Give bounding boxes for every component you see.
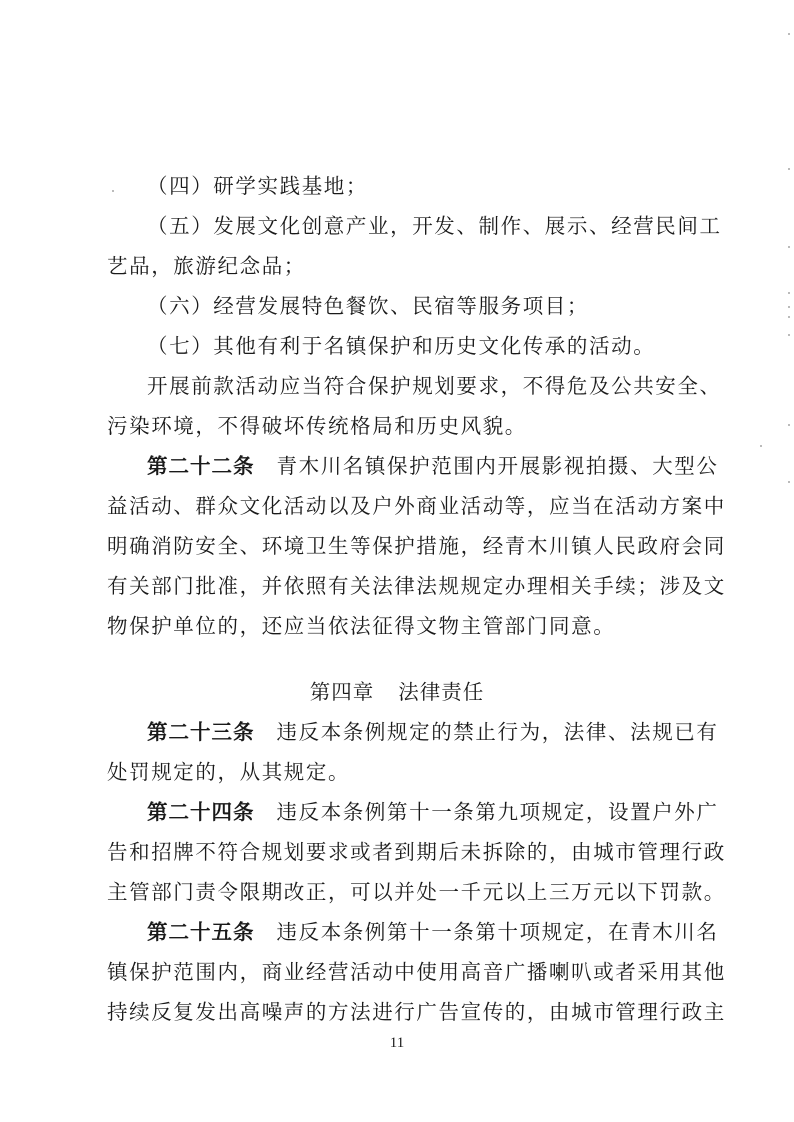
scan-speck — [788, 316, 790, 318]
document-page: （四）研学实践基地； （五）发展文化创意产业，开发、制作、展示、经营民间工 艺品… — [0, 0, 794, 1122]
chapter-title: 法律责任 — [398, 680, 484, 704]
list-item-5-line-1: （五）发展文化创意产业，开发、制作、展示、经营民间工 — [147, 212, 697, 240]
article-25-line-2: 镇保护范围内，商业经营活动中使用高音广播喇叭或者采用其他 — [107, 958, 697, 986]
scan-speck — [788, 334, 790, 336]
article-22-line-5: 物保护单位的，还应当依法征得文物主管部门同意。 — [107, 612, 697, 640]
scan-speck — [760, 445, 762, 447]
article-25-heading: 第二十五条 — [147, 920, 255, 944]
article-22-heading: 第二十二条 — [147, 454, 255, 478]
scan-speck — [788, 168, 790, 170]
activities-paragraph-line-2: 污染环境，不得破坏传统格局和历史风貌。 — [107, 412, 697, 440]
page-number: 11 — [0, 1035, 794, 1052]
article-23-line-2: 处罚规定的，从其规定。 — [107, 758, 697, 786]
article-22-line-3: 明确消防安全、环境卫生等保护措施，经青木川镇人民政府会同 — [107, 532, 697, 560]
scan-speck — [788, 33, 790, 35]
article-25-text: 违反本条例第十一条第十项规定，在青木川名 — [277, 920, 719, 944]
scan-speck — [112, 190, 114, 192]
article-22-text: 青木川名镇保护范围内开展影视拍摄、大型公 — [277, 454, 719, 478]
article-24-text: 违反本条例第十一条第九项规定，设置户外广 — [277, 800, 719, 824]
article-22-line-4: 有关部门批准，并依照有关法律法规规定办理相关手续；涉及文 — [107, 572, 697, 600]
chapter-number: 第四章 — [310, 680, 375, 704]
list-item-6: （六）经营发展特色餐饮、民宿等服务项目； — [147, 292, 697, 320]
article-23-heading: 第二十三条 — [147, 720, 255, 744]
article-23-line-1: 第二十三条违反本条例规定的禁止行为，法律、法规已有 — [147, 718, 697, 746]
activities-paragraph-line-1: 开展前款活动应当符合保护规划要求，不得危及公共安全、 — [147, 372, 697, 400]
scan-speck — [788, 481, 790, 483]
article-23-text: 违反本条例规定的禁止行为，法律、法规已有 — [277, 720, 719, 744]
article-24-heading: 第二十四条 — [147, 800, 255, 824]
list-item-7: （七）其他有利于名镇保护和历史文化传承的活动。 — [147, 332, 697, 360]
list-item-5-line-2: 艺品，旅游纪念品； — [107, 252, 697, 280]
article-24-line-2: 告和招牌不符合规划要求或者到期后未拆除的，由城市管理行政 — [107, 838, 697, 866]
article-25-line-1: 第二十五条违反本条例第十一条第十项规定，在青木川名 — [147, 918, 697, 946]
scan-speck — [788, 292, 790, 294]
scan-speck — [788, 246, 790, 248]
article-22-line-2: 益活动、群众文化活动以及户外商业活动等，应当在活动方案中 — [107, 492, 697, 520]
chapter-heading: 第四章法律责任 — [0, 678, 794, 706]
scan-speck — [788, 306, 790, 308]
list-item-4: （四）研学实践基地； — [147, 172, 697, 200]
article-24-line-1: 第二十四条违反本条例第十一条第九项规定，设置户外广 — [147, 798, 697, 826]
article-25-line-3: 持续反复发出高噪声的方法进行广告宣传的，由城市管理行政主 — [107, 998, 697, 1026]
scan-speck — [788, 424, 790, 426]
article-22-line-1: 第二十二条青木川名镇保护范围内开展影视拍摄、大型公 — [147, 452, 697, 480]
article-24-line-3: 主管部门责令限期改正，可以并处一千元以上三万元以下罚款。 — [107, 878, 697, 906]
